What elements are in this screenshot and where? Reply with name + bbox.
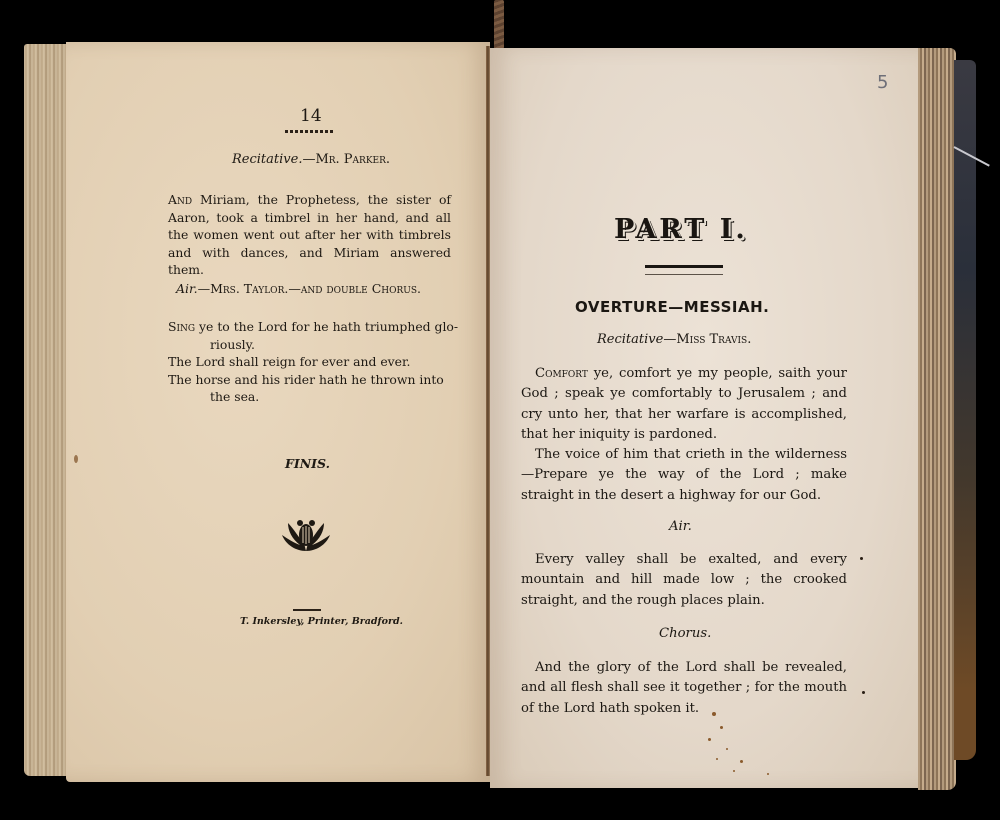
recitative-paragraph-1: Comfort ye, comfort ye my people, saith … [521, 364, 847, 446]
paragraph-text: Miriam, the Prophetess, the sister of Aa… [168, 192, 451, 277]
air-verse: Sing ye to the Lord for he hath triumphe… [168, 318, 453, 406]
pencil-page-number: 5 [877, 72, 888, 93]
heading-dash: — [302, 152, 315, 167]
lead-word: Sing [168, 319, 195, 334]
verse-line: The Lord shall reign for ever and ever. [168, 353, 453, 371]
section-title: OVERTURE—MESSIAH. [575, 298, 769, 316]
chorus-heading: Chorus. [659, 626, 711, 641]
back-cover-edge [954, 60, 976, 760]
printer-imprint: T. Inkersley, Printer, Bradford. [240, 616, 403, 627]
air-heading: Air. [669, 519, 692, 534]
open-book: 14 Recitative.—Mr. Parker. And Miriam, t… [0, 0, 1000, 820]
lead-word: Comfort [535, 366, 588, 381]
ornamental-rule [285, 130, 333, 133]
heading-dash: — [663, 332, 676, 347]
verse-line: Sing ye to the Lord for he hath triumphe… [168, 318, 453, 336]
lyre-wreath-icon [278, 517, 334, 557]
verse-line: The horse and his rider hath he thrown i… [168, 371, 453, 389]
short-rule [293, 609, 321, 611]
recitative-heading: Recitative.—Mr. Parker. [232, 152, 390, 167]
part-title: PART I. [614, 214, 748, 245]
heading-label: Recitative [597, 332, 663, 347]
verse-line: the sea. [168, 388, 453, 406]
chorus-paragraph: And the glory of the Lord shall be revea… [521, 658, 847, 719]
lead-word: And [168, 192, 192, 207]
air-heading: Air.—Mrs. Taylor.—and double Chorus. [176, 281, 421, 296]
bookmark-ribbon [494, 0, 504, 50]
performer-name: Miss Travis. [676, 332, 751, 347]
recitative-paragraph: And Miriam, the Prophetess, the sister o… [168, 191, 451, 279]
verse-line: riously. [168, 336, 453, 354]
air-paragraph: Every valley shall be exalted, and every… [521, 550, 847, 611]
recitative-paragraph-2: The voice of him that crieth in the wild… [521, 445, 847, 506]
book-gutter [486, 46, 490, 776]
heading-label: Air. [176, 281, 198, 296]
performer-name: Mr. Parker. [315, 152, 390, 167]
performer-names: —Mrs. Taylor.—and double Chorus. [198, 281, 421, 296]
finis-label: FINIS. [285, 456, 330, 471]
recitative-heading: Recitative—Miss Travis. [597, 332, 751, 347]
page-number: 14 [300, 106, 322, 126]
right-page-edges [918, 48, 956, 790]
heading-label: Recitative. [232, 152, 302, 167]
double-rule [645, 265, 723, 275]
